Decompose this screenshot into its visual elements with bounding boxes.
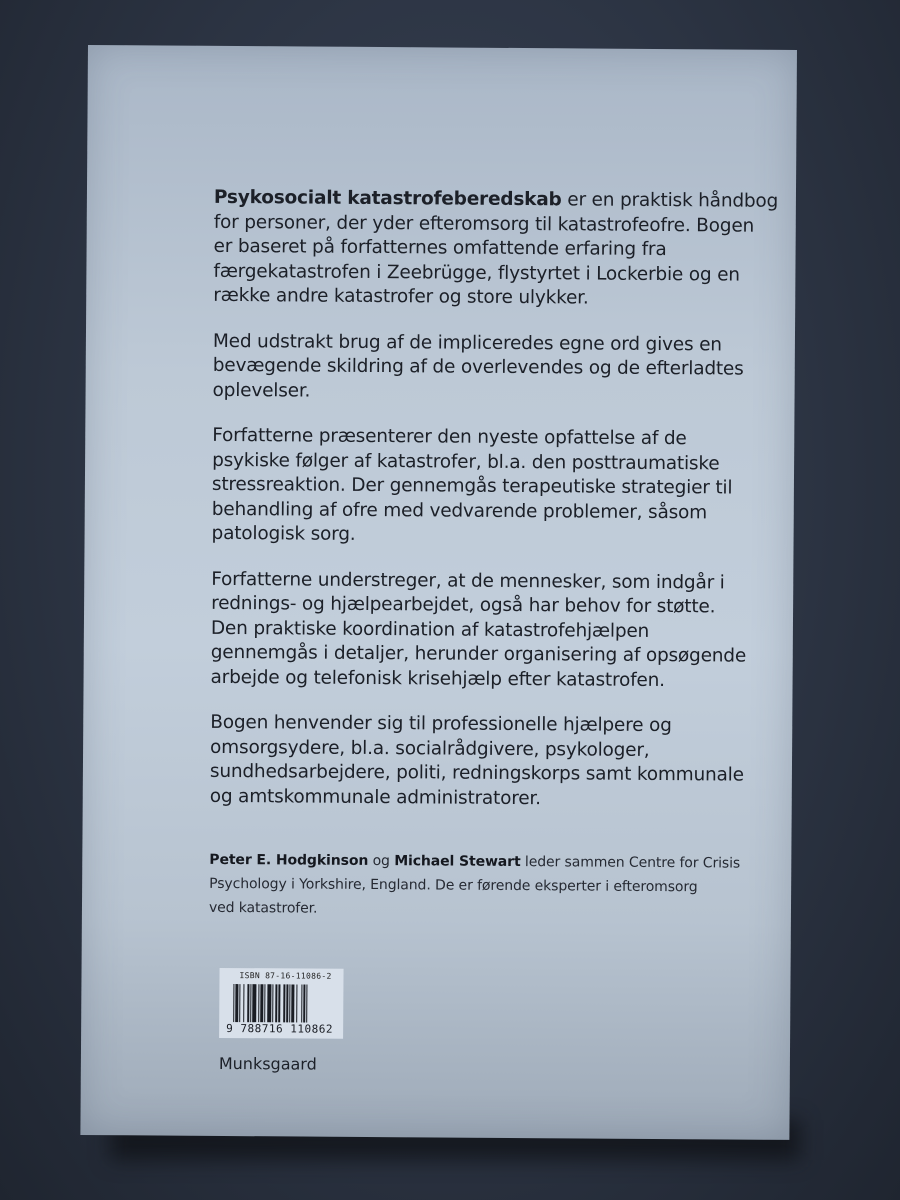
line: stressreaktion. Der gennemgås terapeutis… (212, 474, 733, 499)
line: gennemgås i detaljer, herunder organiser… (211, 642, 746, 667)
blurb-text: Psykosocialt katastrofeberedskab er en p… (209, 186, 814, 924)
author-bio: Peter E. Hodgkinson og Michael Stewart l… (209, 848, 809, 924)
line: arbejde og telefonisk krisehjælp efter k… (211, 666, 665, 690)
ean-number: 9 788716 110862 (225, 1022, 334, 1036)
paragraph-audience: Bogen henvender sig til professionelle h… (210, 711, 811, 813)
line: ved katastrofer. (209, 900, 318, 917)
line: færgekatastrofen i Zeebrügge, flystyrtet… (213, 260, 740, 285)
conjunction: og (368, 853, 394, 869)
line: for personer, der yder efteromsorg til k… (214, 211, 754, 236)
line: Med udstrakt brug af de impliceredes egn… (213, 330, 722, 355)
line: oplevelser. (213, 379, 311, 401)
line: bevægende skildring af de overlevendes o… (213, 355, 744, 380)
line: leder sammen Centre for Crisis (521, 854, 741, 872)
barcode-bars-icon (233, 984, 335, 1026)
line: sundhedsarbejdere, politi, redningskorps… (210, 761, 744, 786)
line: omsorgsydere, bl.a. socialrådgivere, psy… (210, 736, 650, 760)
author-name: Michael Stewart (394, 853, 520, 870)
line: er en praktisk håndbog (567, 189, 778, 211)
line: Psychology i Yorkshire, England. De er f… (209, 876, 698, 895)
line: Forfatterne præsenterer den nyeste opfat… (212, 425, 686, 449)
book-back-cover: Psykosocialt katastrofeberedskab er en p… (80, 45, 797, 1140)
author-name: Peter E. Hodgkinson (209, 852, 368, 869)
paragraph-support: Forfatterne understreger, at de menneske… (211, 567, 812, 694)
paragraph-testimony: Med udstrakt brug af de impliceredes egn… (213, 329, 813, 407)
publisher-name: Munksgaard (219, 1054, 317, 1074)
line: og amtskommunale administratorer. (210, 785, 541, 808)
isbn-barcode: ISBN 87-16-11086-2 9 788716 110862 (219, 968, 343, 1039)
line: er baseret på forfatternes omfattende er… (214, 236, 667, 260)
line: Den praktiske koordination af katastrofe… (211, 617, 649, 641)
line: behandling af ofre med vedvarende proble… (212, 498, 707, 522)
line: Forfatterne understreger, at de menneske… (211, 568, 725, 593)
line: patologisk sorg. (212, 523, 356, 545)
line: Bogen henvender sig til professionelle h… (210, 712, 672, 736)
line: rednings- og hjælpearbejdet, også har be… (211, 593, 715, 618)
paragraph-psychology: Forfatterne præsenterer den nyeste opfat… (212, 424, 813, 551)
paragraph-intro: Psykosocialt katastrofeberedskab er en p… (213, 186, 814, 313)
isbn-label: ISBN 87-16-11086-2 (239, 971, 331, 981)
line: række andre katastrofer og store ulykker… (213, 285, 588, 309)
book-title: Psykosocialt katastrofeberedskab (214, 187, 562, 210)
line: psykiske følger af katastrofer, bl.a. de… (212, 449, 719, 474)
